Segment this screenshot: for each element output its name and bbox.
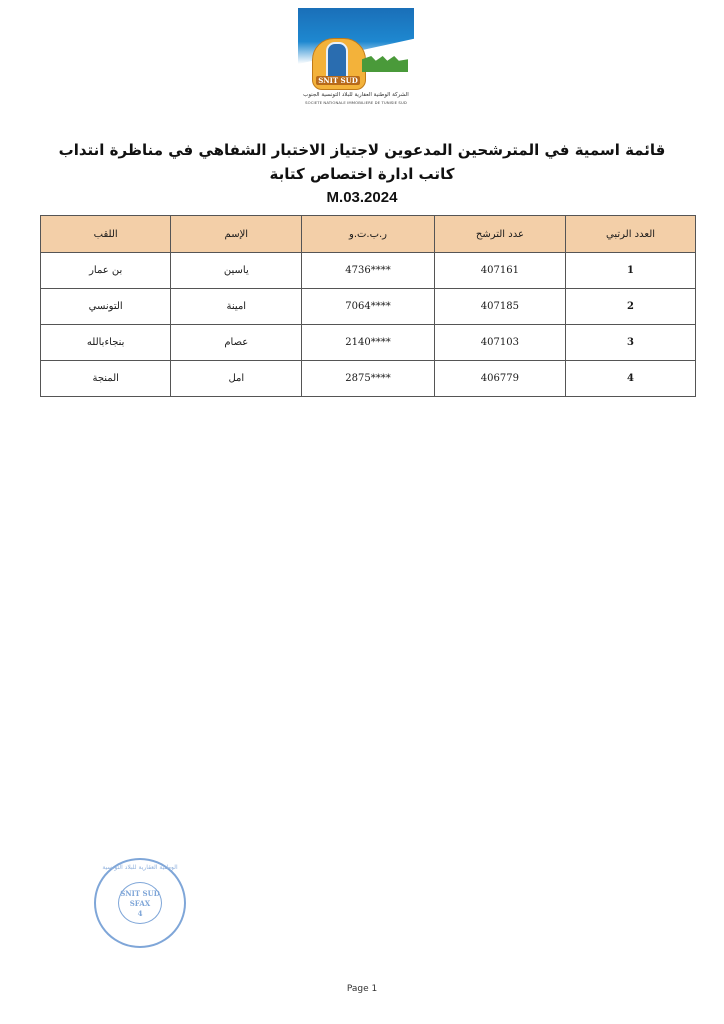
table-header-row: العدد الرتبي عدد الترشح ر.ب.ت.و الإسم ال… (41, 216, 696, 253)
table-row: 3 407103 ****2140 عصام بنجاءبالله (41, 325, 696, 361)
cell-id-no: ****7064 (302, 289, 434, 325)
header-first-name: الإسم (171, 216, 302, 253)
cell-id-no: ****2875 (302, 361, 434, 397)
cell-last-name: التونسي (41, 289, 171, 325)
key-blade-icon (362, 56, 408, 72)
logo-arabic-name: الشركة الوطنية العقارية للبلاد التونسية … (298, 92, 414, 98)
header-id-no: ر.ب.ت.و (302, 216, 434, 253)
logo-brand: SNIT SUD (316, 76, 360, 85)
company-logo: SNIT SUD الشركة الوطنية العقارية للبلاد … (298, 8, 414, 116)
table-row: 4 406779 ****2875 امل المنجة (41, 361, 696, 397)
header-last-name: اللقب (41, 216, 171, 253)
cell-id-no: ****2140 (302, 325, 434, 361)
table-row: 2 407185 ****7064 امينة التونسي (41, 289, 696, 325)
cell-last-name: بنجاءبالله (41, 325, 171, 361)
stamp-line-3: 4 (119, 909, 161, 919)
cell-first-name: امينة (171, 289, 302, 325)
official-stamp: الوطنية العقارية للبلاد التونسية SNIT SU… (94, 858, 186, 948)
title-line-1: قائمة اسمية في المترشحين المدعوين لاجتيا… (40, 138, 684, 186)
cell-rank: 3 (566, 325, 696, 361)
cell-first-name: ياسين (171, 253, 302, 289)
cell-application-no: 407185 (434, 289, 565, 325)
cell-first-name: عصام (171, 325, 302, 361)
logo-french-name: SOCIETE NATIONALE IMMOBILIERE DE TUNISIE… (298, 100, 414, 105)
header-application-no: عدد الترشح (434, 216, 565, 253)
title-line-2: M.03.2024 (40, 186, 684, 210)
cell-first-name: امل (171, 361, 302, 397)
page-number: Page 1 (0, 984, 724, 994)
cell-application-no: 407161 (434, 253, 565, 289)
cell-last-name: المنجة (41, 361, 171, 397)
header-rank: العدد الرتبي (566, 216, 696, 253)
cell-id-no: ****4736 (302, 253, 434, 289)
table-row: 1 407161 ****4736 ياسين بن عمار (41, 253, 696, 289)
cell-rank: 1 (566, 253, 696, 289)
stamp-ring-text: الوطنية العقارية للبلاد التونسية (96, 864, 184, 871)
candidates-table: العدد الرتبي عدد الترشح ر.ب.ت.و الإسم ال… (40, 215, 696, 397)
cell-rank: 2 (566, 289, 696, 325)
cell-last-name: بن عمار (41, 253, 171, 289)
stamp-center: SNIT SUD SFAX 4 (118, 882, 162, 924)
cell-application-no: 407103 (434, 325, 565, 361)
stamp-line-1: SNIT SUD (119, 889, 161, 899)
stamp-line-2: SFAX (119, 899, 161, 909)
cell-application-no: 406779 (434, 361, 565, 397)
cell-rank: 4 (566, 361, 696, 397)
document-title: قائمة اسمية في المترشحين المدعوين لاجتيا… (40, 138, 684, 210)
